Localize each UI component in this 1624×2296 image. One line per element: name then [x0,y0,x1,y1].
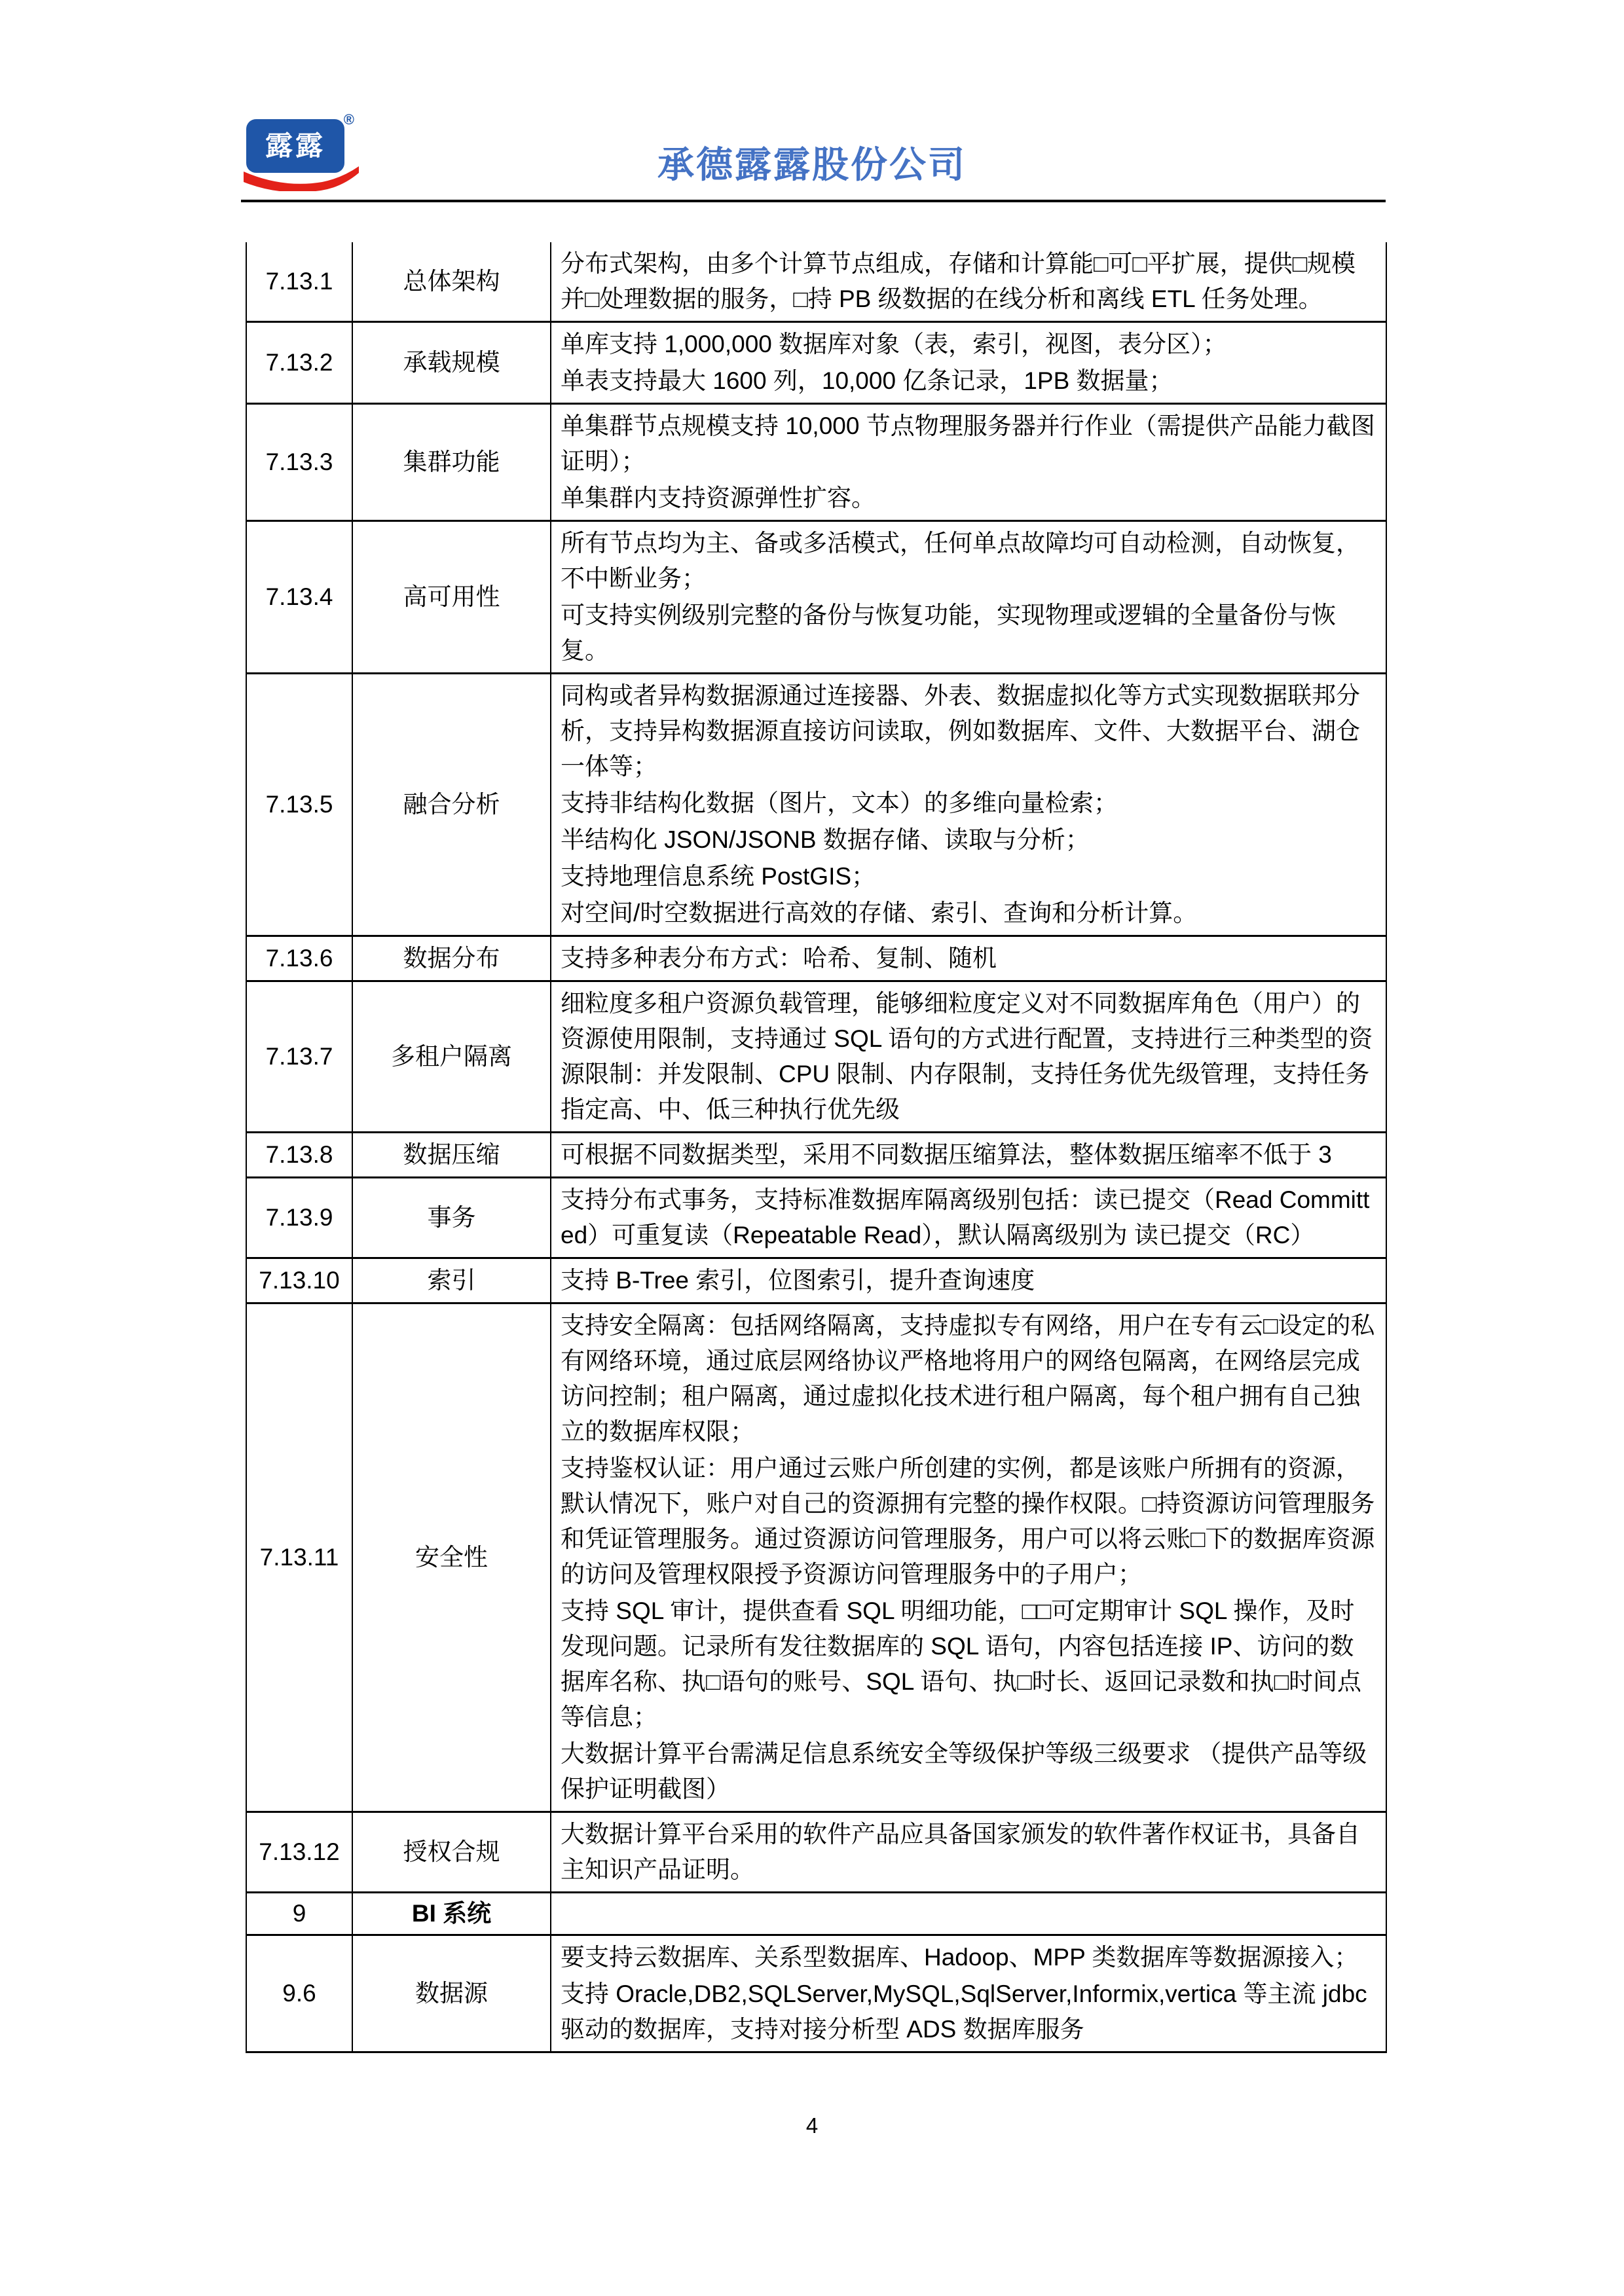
content-paragraph: 大数据计算平台需满足信息系统安全等级保护等级三级要求 （提供产品等级保护证明截图… [561,1736,1375,1807]
row-content-cell: 单库支持 1,000,000 数据库对象（表，索引，视图，表分区）；单表支持最大… [551,322,1386,404]
table-row: 7.13.2承载规模单库支持 1,000,000 数据库对象（表，索引，视图，表… [246,322,1386,404]
row-title-cell: 数据压缩 [352,1133,551,1178]
row-number-cell: 7.13.2 [246,322,352,404]
row-number-cell: 7.13.3 [246,404,352,521]
row-title-cell: 总体架构 [352,242,551,322]
document-page: 露露 ® 承德露露股份公司 7.13.1总体架构分布式架构，由多个计算节点组成，… [0,0,1624,2296]
row-content-cell: 单集群节点规模支持 10,000 节点物理服务器并行作业（需提供产品能力截图证明… [551,404,1386,521]
row-number-cell: 7.13.8 [246,1133,352,1178]
content-paragraph: 支持 B-Tree 索引，位图索引，提升查询速度 [561,1263,1375,1298]
row-title-cell: 索引 [352,1258,551,1303]
row-number-cell: 7.13.6 [246,936,352,981]
content-paragraph: 支持地理信息系统 PostGIS； [561,859,1375,894]
content-paragraph: 支持分布式事务，支持标准数据库隔离级别包括：读已提交（Read Committe… [561,1182,1375,1253]
row-number-cell: 7.13.7 [246,981,352,1133]
registered-trademark-icon: ® [344,113,354,127]
row-title-cell: 安全性 [352,1303,551,1812]
content-paragraph: 细粒度多租户资源负载管理，能够细粒度定义对不同数据库角色（用户）的资源使用限制，… [561,986,1375,1127]
row-content-cell: 所有节点均为主、备或多活模式，任何单点故障均可自动检测，自动恢复，不中断业务；可… [551,521,1386,674]
row-number-cell: 7.13.9 [246,1178,352,1258]
content-paragraph: 支持 Oracle,DB2,SQLServer,MySQL,SqlServer,… [561,1977,1375,2047]
row-title-cell: 数据源 [352,1935,551,2052]
content-paragraph: 支持多种表分布方式：哈希、复制、随机 [561,941,1375,976]
content-paragraph: 要支持云数据库、关系型数据库、Hadoop、MPP 类数据库等数据源接入； [561,1940,1375,1975]
row-number-cell: 9 [246,1893,352,1935]
table-row: 7.13.5融合分析同构或者异构数据源通过连接器、外表、数据虚拟化等方式实现数据… [246,674,1386,936]
table-row: 7.13.7多租户隔离细粒度多租户资源负载管理，能够细粒度定义对不同数据库角色（… [246,981,1386,1133]
requirements-table-body: 7.13.1总体架构分布式架构，由多个计算节点组成，存储和计算能□可□平扩展，提… [246,242,1386,2052]
content-paragraph: 所有节点均为主、备或多活模式，任何单点故障均可自动检测，自动恢复，不中断业务； [561,526,1375,596]
row-content-cell: 同构或者异构数据源通过连接器、外表、数据虚拟化等方式实现数据联邦分析，支持异构数… [551,674,1386,936]
content-paragraph: 大数据计算平台采用的软件产品应具备国家颁发的软件著作权证书，具备自主知识产品证明… [561,1817,1375,1887]
content-paragraph: 支持鉴权认证：用户通过云账户所创建的实例，都是该账户所拥有的资源，默认情况下，账… [561,1451,1375,1592]
table-row: 9BI 系统 [246,1893,1386,1935]
row-content-cell: 支持多种表分布方式：哈希、复制、随机 [551,936,1386,981]
content-paragraph: 单集群节点规模支持 10,000 节点物理服务器并行作业（需提供产品能力截图证明… [561,409,1375,479]
row-title-cell: 高可用性 [352,521,551,674]
row-title-cell: BI 系统 [352,1893,551,1935]
table-row: 7.13.10索引支持 B-Tree 索引，位图索引，提升查询速度 [246,1258,1386,1303]
row-title-cell: 数据分布 [352,936,551,981]
content-paragraph: 对空间/时空数据进行高效的存储、索引、查询和分析计算。 [561,896,1375,931]
table-row: 7.13.4高可用性所有节点均为主、备或多活模式，任何单点故障均可自动检测，自动… [246,521,1386,674]
row-content-cell: 细粒度多租户资源负载管理，能够细粒度定义对不同数据库角色（用户）的资源使用限制，… [551,981,1386,1133]
content-paragraph: 支持安全隔离：包括网络隔离，支持虚拟专有网络，用户在专有云□设定的私有网络环境，… [561,1308,1375,1449]
row-number-cell: 7.13.4 [246,521,352,674]
page-number: 4 [806,2113,818,2138]
table-row: 7.13.8数据压缩可根据不同数据类型，采用不同数据压缩算法，整体数据压缩率不低… [246,1133,1386,1178]
content-paragraph: 单集群内支持资源弹性扩容。 [561,481,1375,516]
content-paragraph: 可支持实例级别完整的备份与恢复功能，实现物理或逻辑的全量备份与恢复。 [561,598,1375,668]
row-number-cell: 9.6 [246,1935,352,2052]
content-paragraph: 支持 SQL 审计，提供查看 SQL 明细功能，□□可定期审计 SQL 操作，及… [561,1594,1375,1735]
row-title-cell: 融合分析 [352,674,551,936]
row-number-cell: 7.13.5 [246,674,352,936]
row-number-cell: 7.13.12 [246,1812,352,1893]
content-paragraph: 支持非结构化数据（图片，文本）的多维向量检索； [561,786,1375,821]
row-number-cell: 7.13.10 [246,1258,352,1303]
row-title-cell: 授权合规 [352,1812,551,1893]
table-row: 9.6数据源要支持云数据库、关系型数据库、Hadoop、MPP 类数据库等数据源… [246,1935,1386,2052]
row-content-cell: 分布式架构，由多个计算节点组成，存储和计算能□可□平扩展，提供□规模并□处理数据… [551,242,1386,322]
row-title-cell: 承载规模 [352,322,551,404]
table-row: 7.13.9事务支持分布式事务，支持标准数据库隔离级别包括：读已提交（Read … [246,1178,1386,1258]
content-paragraph: 同构或者异构数据源通过连接器、外表、数据虚拟化等方式实现数据联邦分析，支持异构数… [561,678,1375,784]
row-number-cell: 7.13.11 [246,1303,352,1812]
content-paragraph: 可根据不同数据类型，采用不同数据压缩算法，整体数据压缩率不低于 3 [561,1137,1375,1173]
table-row: 7.13.3集群功能单集群节点规模支持 10,000 节点物理服务器并行作业（需… [246,404,1386,521]
row-content-cell [551,1893,1386,1935]
row-title-cell: 集群功能 [352,404,551,521]
row-content-cell: 支持分布式事务，支持标准数据库隔离级别包括：读已提交（Read Committe… [551,1178,1386,1258]
content-paragraph: 单表支持最大 1600 列，10,000 亿条记录，1PB 数据量； [561,363,1375,399]
row-title-cell: 事务 [352,1178,551,1258]
requirements-table: 7.13.1总体架构分布式架构，由多个计算节点组成，存储和计算能□可□平扩展，提… [246,242,1387,2053]
table-row: 7.13.11安全性支持安全隔离：包括网络隔离，支持虚拟专有网络，用户在专有云□… [246,1303,1386,1812]
row-content-cell: 要支持云数据库、关系型数据库、Hadoop、MPP 类数据库等数据源接入；支持 … [551,1935,1386,2052]
page-footer: 4 [0,2113,1624,2138]
row-content-cell: 可根据不同数据类型，采用不同数据压缩算法，整体数据压缩率不低于 3 [551,1133,1386,1178]
row-content-cell: 大数据计算平台采用的软件产品应具备国家颁发的软件著作权证书，具备自主知识产品证明… [551,1812,1386,1893]
row-number-cell: 7.13.1 [246,242,352,322]
table-row: 7.13.12授权合规大数据计算平台采用的软件产品应具备国家颁发的软件著作权证书… [246,1812,1386,1893]
table-row: 7.13.6数据分布支持多种表分布方式：哈希、复制、随机 [246,936,1386,981]
company-name: 承德露露股份公司 [0,136,1624,189]
row-content-cell: 支持 B-Tree 索引，位图索引，提升查询速度 [551,1258,1386,1303]
content-paragraph: 半结构化 JSON/JSONB 数据存储、读取与分析； [561,822,1375,858]
row-title-cell: 多租户隔离 [352,981,551,1133]
table-row: 7.13.1总体架构分布式架构，由多个计算节点组成，存储和计算能□可□平扩展，提… [246,242,1386,322]
content-paragraph: 分布式架构，由多个计算节点组成，存储和计算能□可□平扩展，提供□规模并□处理数据… [561,246,1375,317]
row-content-cell: 支持安全隔离：包括网络隔离，支持虚拟专有网络，用户在专有云□设定的私有网络环境，… [551,1303,1386,1812]
header-divider [241,200,1386,202]
content-paragraph: 单库支持 1,000,000 数据库对象（表，索引，视图，表分区）； [561,327,1375,362]
